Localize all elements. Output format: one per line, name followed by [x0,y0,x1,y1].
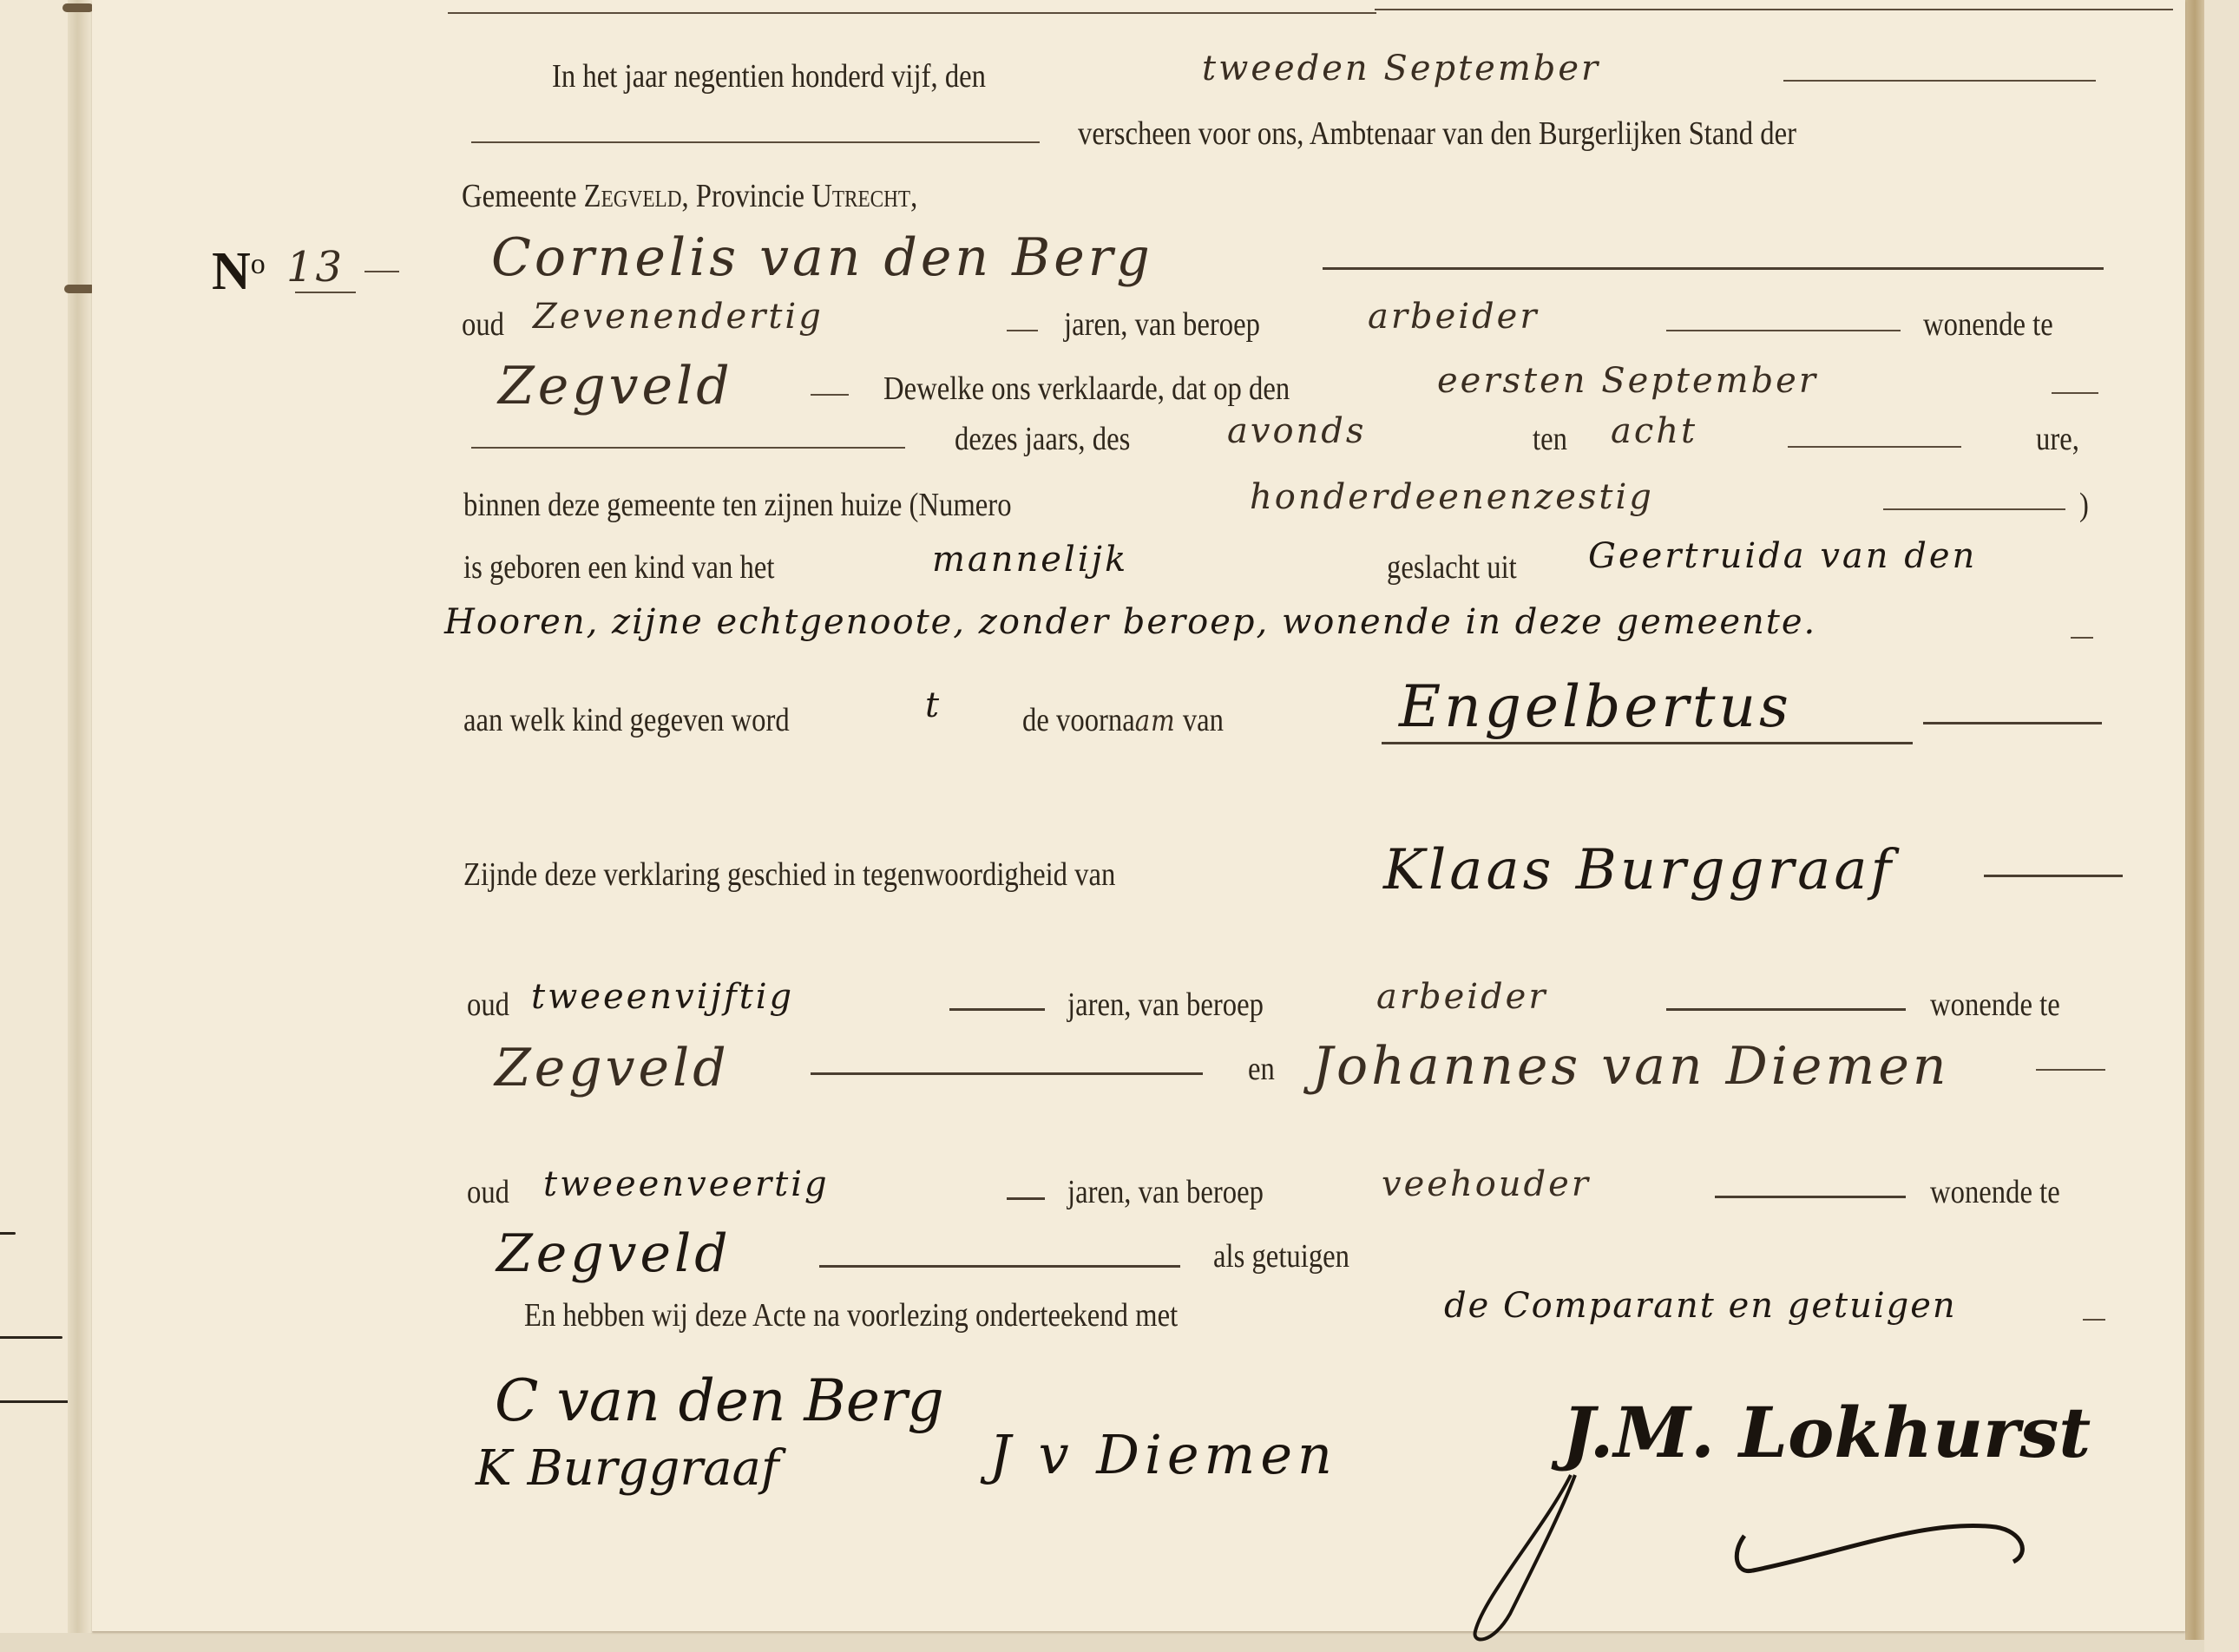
print-text: de voornaam van [1022,701,1224,739]
print-text: ure, [2036,420,2079,458]
print-text: aan welk kind gegeven word [463,701,790,739]
hand-declarant-name: Cornelis van den Berg [491,227,1153,288]
print-text: wonende te [1930,1173,2060,1211]
print-text: In het jaar negentien honderd vijf, den [552,57,986,95]
act-number-label: No [212,241,266,303]
print-text: wonende te [1923,305,2053,344]
fill-rule [1984,875,2123,877]
left-page-ink-stroke [0,1232,16,1235]
hand-witness2-name: Johannes van Diemen [1312,1036,1949,1097]
print-word: Gemeente [462,178,576,214]
municipality-name: Zegveld [584,178,682,214]
hand-witness2-age: tweeenveertig [543,1164,830,1204]
print-text: geslacht uit [1387,548,1517,587]
fill-rule [1783,80,2096,82]
fill-rule [1323,267,2104,270]
left-page-ink-stroke [0,1336,62,1339]
hand-witness1-residence: Zegveld [495,1038,730,1098]
print-text: Gemeente Zegveld, Provincie Utrecht, [462,177,917,215]
fill-rule [1666,330,1901,331]
signature-witness2: J v Diemen [989,1423,1337,1486]
hand-child-first-name: Engelbertus [1399,673,1792,740]
print-text: verscheen voor ons, Ambtenaar van den Bu… [1078,115,1796,153]
hand-occupation: arbeider [1368,297,1539,337]
print-word: , [910,178,917,214]
print-text: ) [2079,486,2089,524]
fill-rule [471,141,1040,143]
hand-time-of-day: avonds [1227,411,1366,451]
fill-rule [811,1072,1203,1075]
fill-rule [1007,330,1038,331]
print-text: jaren, van beroep [1064,305,1260,344]
top-rule [448,12,1376,14]
print-text: oud [467,1173,509,1211]
signature-witness1: K Burggraaf [476,1440,779,1497]
fill-rule [2052,392,2098,394]
hand-hour: acht [1611,411,1697,451]
fill-rule [1923,722,2102,724]
fill-rule [1666,1008,1906,1011]
hand-sex: mannelijk [932,540,1128,580]
print-text: is geboren een kind van het [463,548,774,587]
print-text: Dewelke ons verklaarde, dat op den [883,370,1290,408]
top-rule [1375,9,2173,10]
fill-rule [819,1265,1180,1268]
print-text: dezes jaars, des [955,420,1130,458]
fill-rule [1007,1197,1045,1200]
print-text: En hebben wij deze Acte na voorlezing on… [524,1296,1178,1334]
hand-suffix: t [925,685,942,725]
fill-rule [2071,637,2093,639]
hand-witness2-occupation: veehouder [1382,1164,1591,1204]
print-text: wonende te [1930,986,2060,1024]
hand-age: Zevenendertig [533,297,824,337]
hand-residence: Zegveld [498,356,733,416]
print-text: als getuigen [1213,1237,1349,1275]
background-surface [2204,0,2239,1652]
signature-father: C van den Berg [495,1367,944,1434]
hand-signatories: de Comparant en getuigen [1444,1286,1957,1326]
fill-rule [1788,446,1961,448]
hand-mother-name: Geertruida van den [1588,536,1977,576]
fill-rule [949,1008,1045,1011]
print-word: , Provincie [681,178,804,214]
fill-rule [2083,1319,2105,1321]
print-word: van [1183,702,1224,738]
binding-stitch [64,285,95,293]
hand-witness1-name: Klaas Burggraaf [1383,838,1894,902]
print-text: Zijnde deze verklaring geschied in tegen… [463,855,1115,894]
left-page-ink-stroke [0,1400,69,1403]
page-right-edge [2185,0,2204,1640]
print-text: en [1248,1050,1275,1088]
print-text: oud [462,305,504,344]
signature-flourish [1389,1423,2170,1649]
hand-date: tweeden September [1202,49,1600,88]
number-underline [295,292,356,293]
book-spine [68,0,92,1633]
hand-witness2-residence: Zegveld [496,1223,732,1284]
hand-birth-date: eersten September [1437,361,1818,401]
print-word: de voorna [1022,702,1135,738]
fill-rule [1883,508,2065,510]
hand-house-number: honderdeenenzestig [1250,477,1654,517]
print-text: jaren, van beroep [1067,1173,1264,1211]
print-text: ten [1533,420,1567,458]
print-text: oud [467,986,509,1024]
fill-rule [2036,1069,2105,1071]
fill-rule [811,394,849,396]
print-text: jaren, van beroep [1067,986,1264,1024]
fill-rule [471,447,905,449]
province-name: Utrecht [811,178,910,214]
fill-rule [1715,1196,1906,1198]
name-underline [1382,742,1913,744]
print-text: binnen deze gemeente ten zijnen huize (N… [463,486,1012,524]
act-number-value: 13 [286,243,345,292]
hand-mother-details: Hooren, zijne echtgenoote, zonder beroep… [444,602,1816,642]
binding-stitch [62,3,94,12]
hand-witness1-occupation: arbeider [1376,977,1547,1017]
hand-correction: am [1135,704,1176,738]
hand-witness1-age: tweeenvijftig [531,977,794,1017]
number-dash [364,271,399,272]
